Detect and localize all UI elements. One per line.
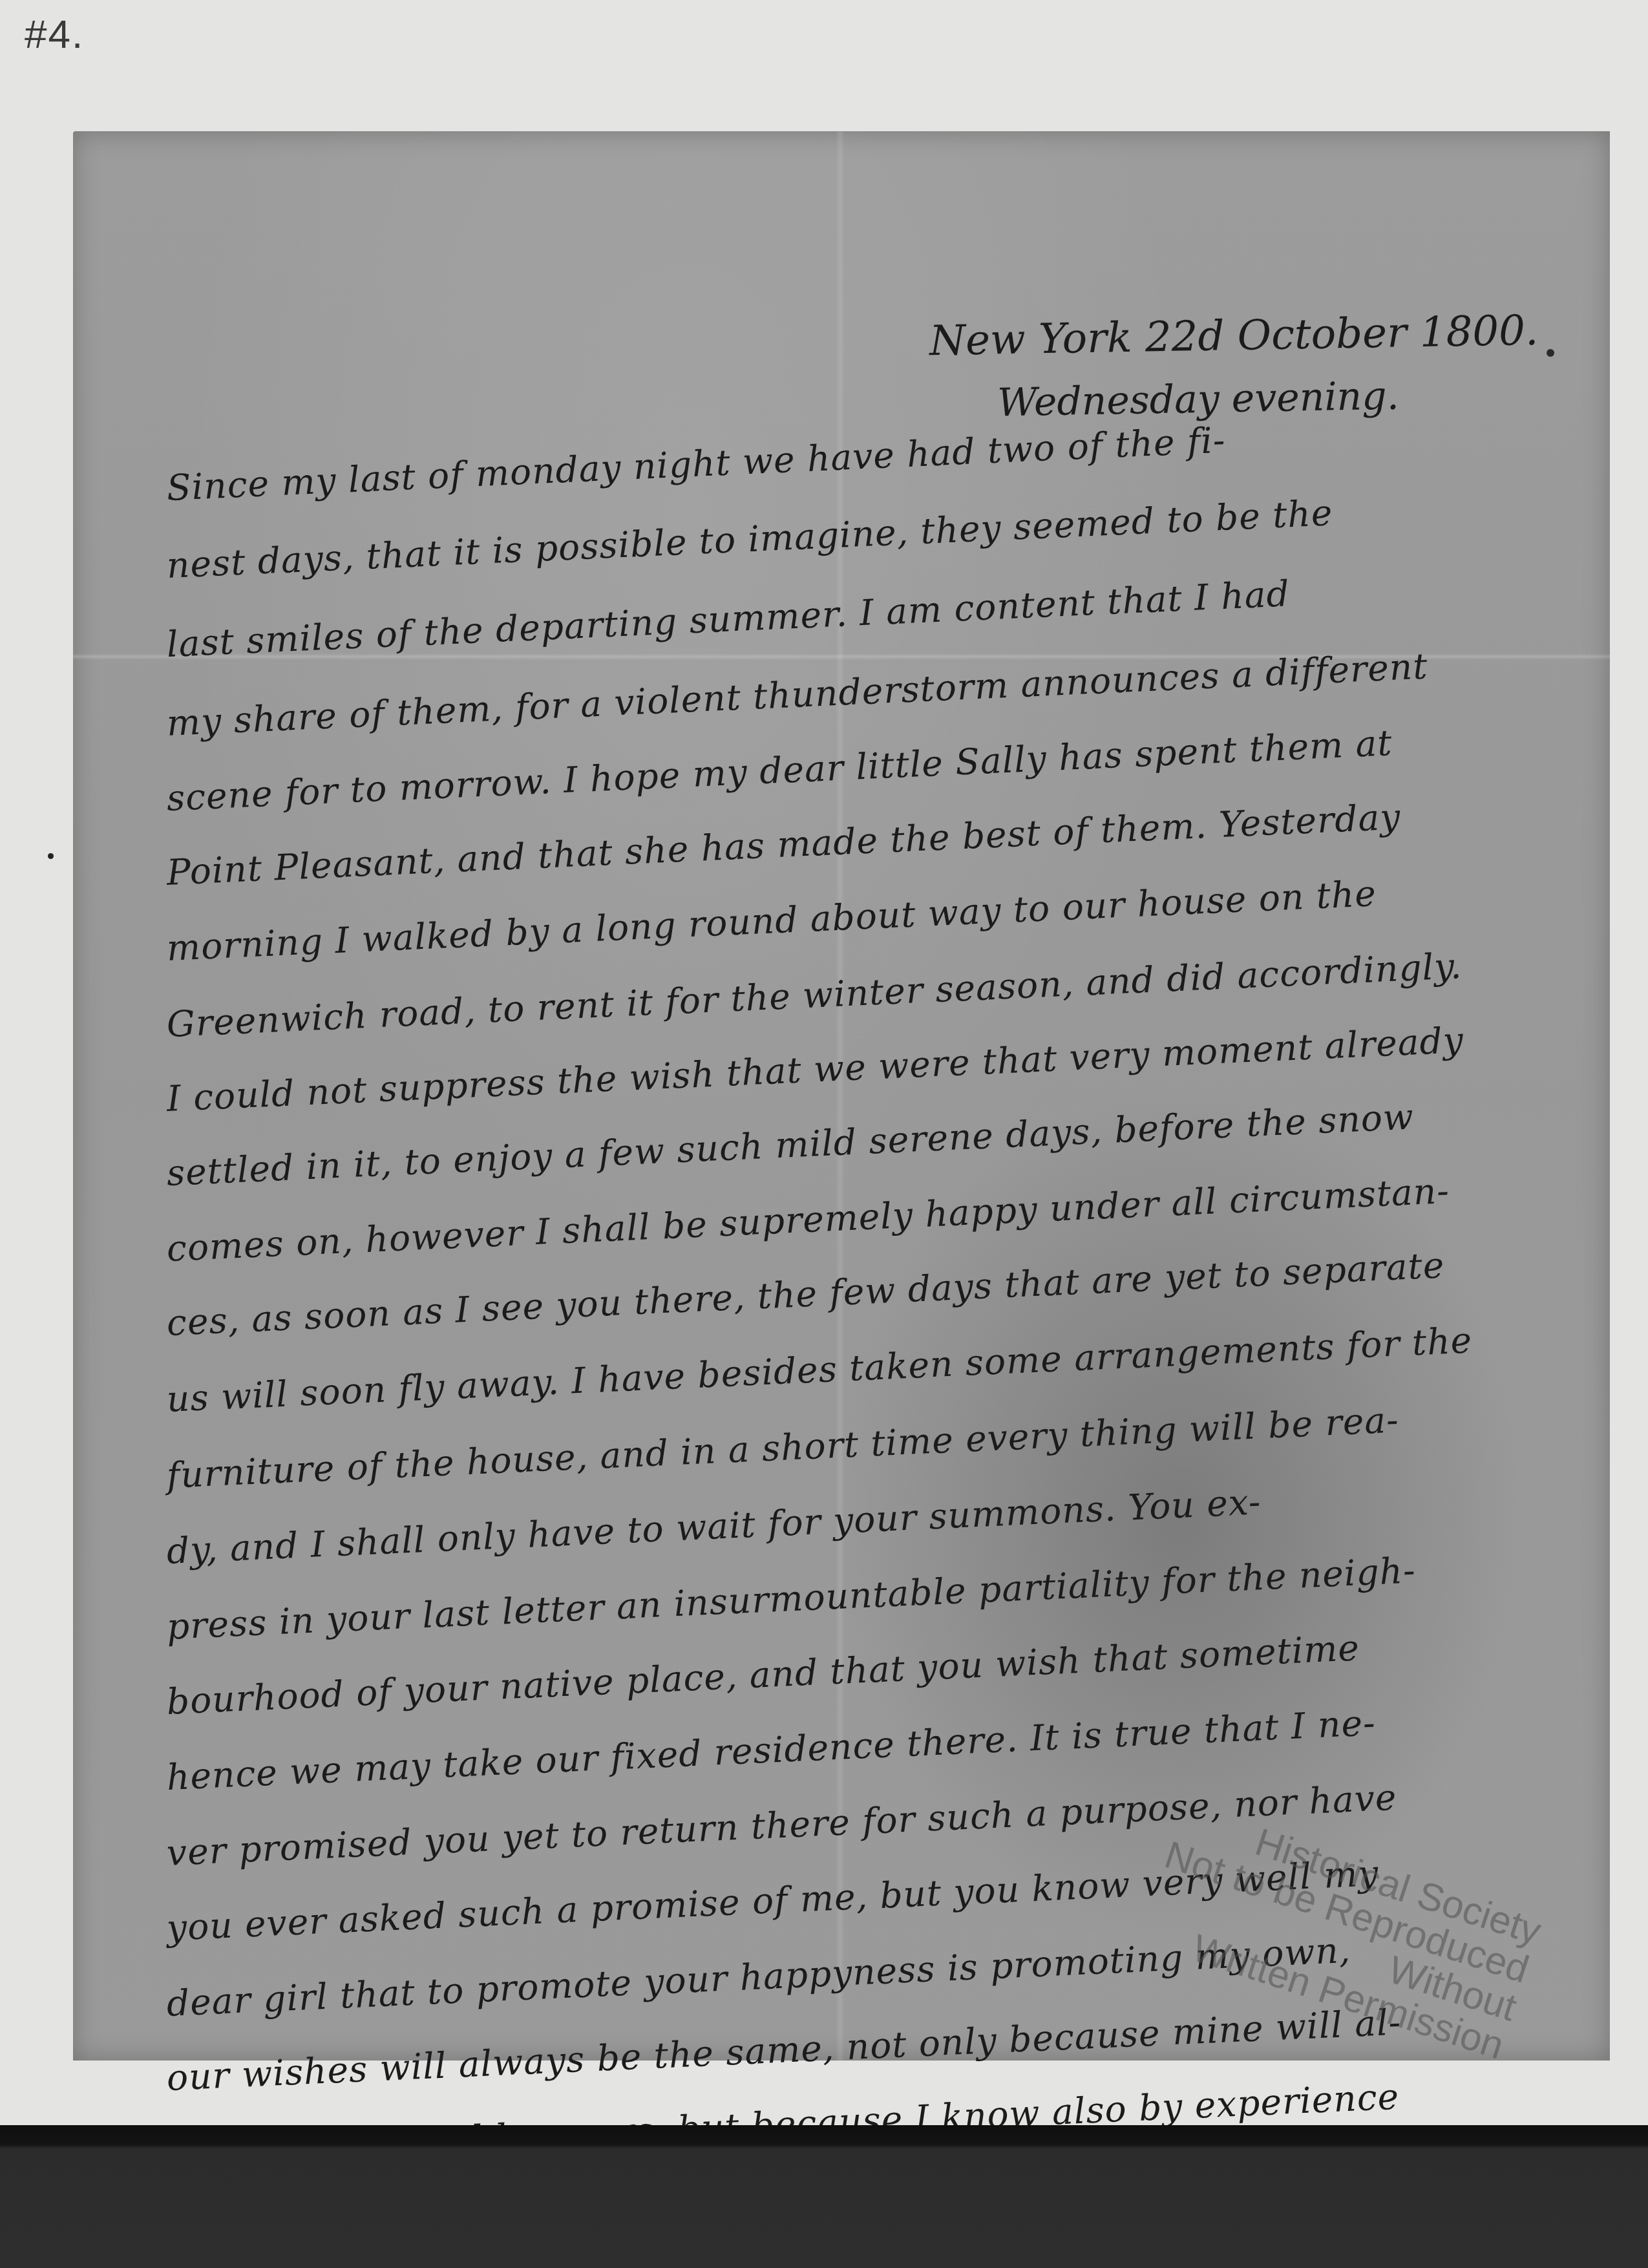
- handwritten-letter: New York 22d October 1800. Wednesday eve…: [73, 131, 1610, 2061]
- scanner-bottom-band: [0, 2125, 1648, 2268]
- letter-page: New York 22d October 1800. Wednesday eve…: [73, 131, 1610, 2061]
- page-number-label: #4.: [25, 12, 84, 58]
- letter-dateline: New York 22d October 1800.: [929, 307, 1538, 365]
- margin-mark: [48, 853, 54, 859]
